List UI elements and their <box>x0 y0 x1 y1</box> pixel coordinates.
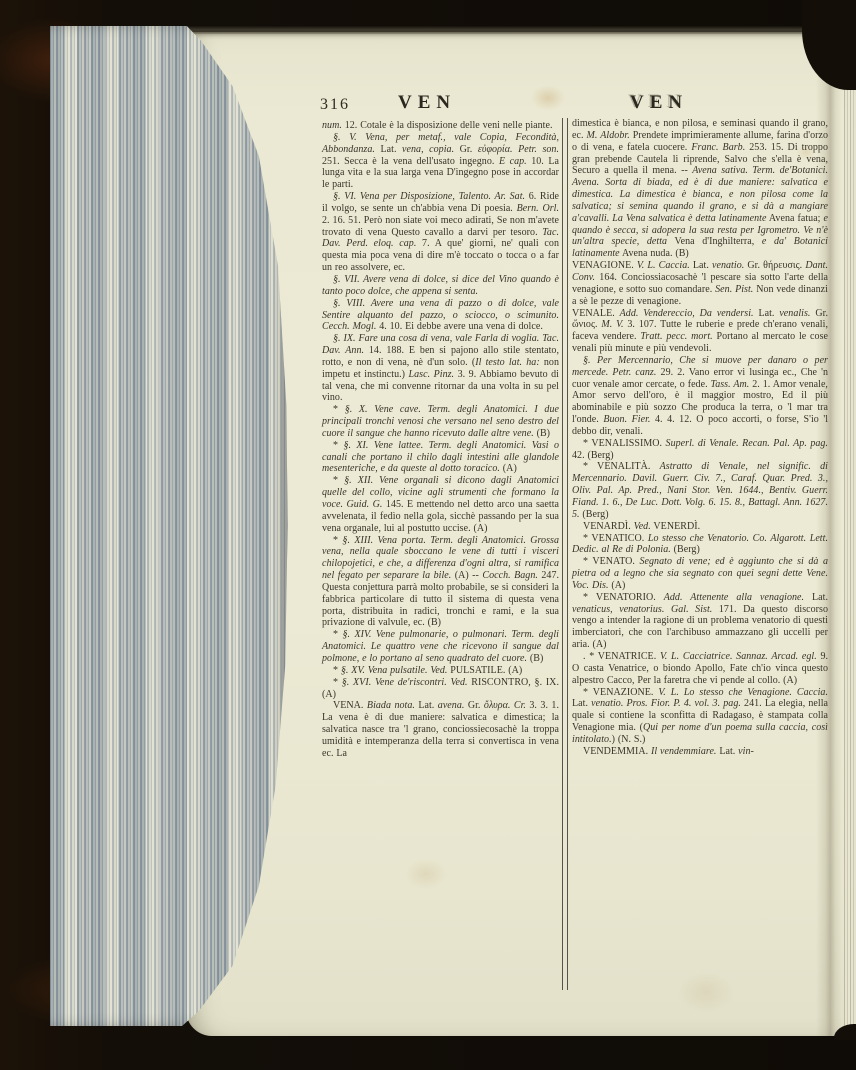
plain-text: * <box>333 677 342 688</box>
dictionary-paragraph: * §. XIV. Vene pulmonarie, o pulmonari. … <box>322 629 559 665</box>
dictionary-paragraph: VENA. Biada nota. Lat. avena. Gr. ὄλυρα.… <box>322 700 559 759</box>
italic-text: Cecch. Mogl. <box>322 321 376 332</box>
italic-text: §. XVI. Vene de'riscontri. Ved. <box>342 677 468 688</box>
plain-text: * VENALISSIMO. <box>583 438 666 449</box>
dictionary-paragraph: . * VENATRICE. V. L. Cacciatrice. Sannaz… <box>572 651 828 687</box>
dictionary-paragraph: * §. XI. Vene lattee. Term. degli Anatom… <box>322 440 559 476</box>
plain-text: (A) -- <box>451 570 482 581</box>
dictionary-paragraph: dimestica è bianca, e non pilosa, e semi… <box>572 118 828 260</box>
italic-text: venalis. <box>779 308 810 319</box>
italic-text: Ved. <box>634 521 651 532</box>
plain-text: Gr. <box>464 700 484 711</box>
plain-text: (A) <box>500 463 517 474</box>
plain-text: * <box>333 535 342 546</box>
right-page-edges <box>844 86 856 1030</box>
plain-text: VENA. <box>333 700 367 711</box>
plain-text: Lat. <box>690 260 712 271</box>
italic-text: §. XIV. Vene pulmonarie, o pulmonari. Te… <box>322 629 559 664</box>
dictionary-paragraph: VENAGIONE. V. L. Caccia. Lat. venatio. G… <box>572 260 828 307</box>
italic-text: Tratt. pecc. mort. <box>640 331 712 342</box>
left-page-edges-fan <box>50 26 290 1026</box>
plain-text: VENERDÌ. <box>651 521 700 532</box>
italic-text: Tass. Am. <box>711 379 750 390</box>
plain-text: * <box>333 404 345 415</box>
plain-text: Gr. θήρευσις. <box>744 260 805 271</box>
italic-text: num. <box>322 120 342 131</box>
plain-text: * <box>333 629 343 640</box>
plain-text: * VENALITÀ. <box>583 461 660 472</box>
italic-text: Il vendemmiare. <box>651 746 717 757</box>
italic-text: §. VI. Vena per Disposizione, Talento. A… <box>333 191 525 202</box>
plain-text: VENARDÌ. <box>583 521 634 532</box>
dictionary-paragraph: * §. X. Vene cave. Term. degli Anatomici… <box>322 404 559 440</box>
dictionary-paragraph: §. VI. Vena per Disposizione, Talento. A… <box>322 191 559 274</box>
italic-text: Buon. Fier. <box>603 414 650 425</box>
italic-text: vena, copia. <box>402 144 454 155</box>
dictionary-paragraph: * VENALISSIMO. Superl. di Venale. Recan.… <box>572 438 828 462</box>
dictionary-paragraph: VENDEMMIA. Il vendemmiare. Lat. vin- <box>572 746 828 758</box>
italic-text: ὄλυρα. Cr. <box>484 700 526 711</box>
dictionary-paragraph: §. VII. Avere vena di dolce, si dice del… <box>322 274 559 298</box>
page-number: 316 <box>320 96 350 114</box>
italic-text: Superl. di Venale. Recan. Pal. Ap. pag. <box>666 438 828 449</box>
plain-text: Lat. <box>754 308 780 319</box>
plain-text: 2. 16. 51. Però non siate voi meco adira… <box>322 215 559 238</box>
italic-text: Lasc. Pinz. <box>409 369 455 380</box>
plain-text: (Berg) <box>580 509 609 520</box>
plain-text: . * VENATRICE. <box>583 651 660 662</box>
plain-text: Gr. <box>454 144 478 155</box>
dictionary-paragraph: * VENAZIONE. V. L. Lo stesso che Venagio… <box>572 687 828 746</box>
italic-text: εὐφορία. Petr. son. <box>478 144 559 155</box>
italic-text: venatio. Pros. Fior. P. 4. vol. 3. pag. <box>591 698 741 709</box>
plain-text: * <box>333 665 341 676</box>
italic-text: §. XI. Vene lattee. Term. degli Anatomic… <box>322 440 559 475</box>
italic-text: Add. Attenente alla venagione. <box>664 592 804 603</box>
dictionary-paragraph: * §. XVI. Vene de'riscontri. Ved. RISCON… <box>322 677 559 701</box>
plain-text: (Berg) <box>671 544 700 555</box>
italic-text: Add. Vendereccio, Da vendersi. <box>620 308 754 319</box>
column-left: num. 12. Cotale è la disposizione delle … <box>322 120 559 760</box>
dictionary-paragraph: §. IX. Fare una cosa di vena, vale Farla… <box>322 333 559 404</box>
italic-text: Il testo lat. ha: <box>475 357 539 368</box>
italic-text: venatio. <box>712 260 744 271</box>
italic-text: M. Aldobr. <box>587 130 630 141</box>
dictionary-paragraph: * VENATICO. Lo stesso che Venatorio. Co.… <box>572 533 828 557</box>
plain-text: Lat. <box>716 746 738 757</box>
italic-text: Sen. Pist. <box>715 284 753 295</box>
dictionary-paragraph: §. VIII. Avere una vena di pazzo o di do… <box>322 298 559 334</box>
plain-text: Lat. <box>804 592 828 603</box>
italic-text: Bern. Orl. <box>517 203 559 214</box>
italic-text: §. X. Vene cave. Term. degli Anatomici. … <box>322 404 559 439</box>
plain-text: VENALE. <box>572 308 620 319</box>
dictionary-paragraph: §. Per Mercennario, Che si muove per dan… <box>572 355 828 438</box>
running-head-right: VEN <box>630 92 688 114</box>
italic-text: V. L. Cacciatrice. Sannaz. Arcad. egl. <box>660 651 817 662</box>
plain-text: 251. Secca è la vena dell'usato ingegno. <box>322 156 499 167</box>
dictionary-paragraph: VENARDÌ. Ved. VENERDÌ. <box>572 521 828 533</box>
dictionary-paragraph: VENALE. Add. Vendereccio, Da vendersi. L… <box>572 308 828 355</box>
plain-text: VENAGIONE. <box>572 260 637 271</box>
plain-text: 42. (Berg) <box>572 450 614 461</box>
dictionary-paragraph: * VENATO. Segnato di vene; ed è aggiunto… <box>572 556 828 592</box>
running-head-left: VEN <box>398 92 456 114</box>
plain-text: Lat. <box>375 144 402 155</box>
italic-text: §. VII. Avere vena di dolce, si dice del… <box>322 274 559 297</box>
italic-text: Biada nota. <box>367 700 415 711</box>
italic-text: avena. <box>438 700 465 711</box>
plain-text: Avena fatua; <box>766 213 823 224</box>
italic-text: Cocch. Bagn. <box>482 570 538 581</box>
plain-text: Avena nuda. (B) <box>620 248 689 259</box>
italic-text: vin- <box>738 746 754 757</box>
italic-text: venaticus, venatorius. Gal. Sist. <box>572 604 712 615</box>
plain-text: (B) <box>527 653 543 664</box>
page-top-edge-shadow <box>186 26 856 34</box>
plain-text: Lat. <box>415 700 438 711</box>
italic-text: V. L. Lo stesso che Venagione. Caccia. <box>658 687 828 698</box>
plain-text: 4. 10. Ei debbe avere una vena di dolce. <box>376 321 543 332</box>
dictionary-paragraph: * §. XII. Vene organali si dicono dagli … <box>322 475 559 534</box>
dictionary-paragraph: num. 12. Cotale è la disposizione delle … <box>322 120 559 132</box>
column-divider-rule <box>562 118 568 990</box>
plain-text: * <box>333 440 343 451</box>
plain-text: Vena d'Inghilterra, <box>667 236 762 247</box>
plain-text: * VENATO. <box>583 556 639 567</box>
dictionary-paragraph: * §. XIII. Vena porta. Term. degli Anato… <box>322 535 559 630</box>
italic-text: Franc. Barb. <box>691 142 745 153</box>
dictionary-paragraph: * VENATORIO. Add. Attenente alla venagio… <box>572 592 828 651</box>
plain-text: 12. Cotale è la disposizione delle veni … <box>342 120 553 131</box>
plain-text: VENDEMMIA. <box>583 746 651 757</box>
dictionary-paragraph: §. V. Vena, per metaf., vale Copia, Feco… <box>322 132 559 191</box>
plain-text: * VENATICO. <box>583 533 648 544</box>
plain-text: ) (N. S.) <box>612 734 646 745</box>
italic-text: §. VIII. Avere una vena di pazzo o di do… <box>322 298 559 321</box>
plain-text: (A) <box>609 580 626 591</box>
plain-text: * VENAZIONE. <box>583 687 658 698</box>
plain-text: * VENATORIO. <box>583 592 664 603</box>
column-right: dimestica è bianca, e non pilosa, e semi… <box>572 118 828 758</box>
italic-text: V. L. Caccia. <box>637 260 690 271</box>
italic-text: §. XV. Vena pulsatile. Ved. <box>341 665 448 676</box>
dictionary-paragraph: * §. XV. Vena pulsatile. Ved. PULSATILE.… <box>322 665 559 677</box>
dictionary-paragraph: * VENALITÀ. Astratto di Venale, nel sign… <box>572 461 828 520</box>
plain-text: (B) <box>534 428 550 439</box>
plain-text: * <box>333 475 344 486</box>
italic-text: E cap. <box>499 156 527 167</box>
plain-text: PULSATILE. (A) <box>447 665 522 676</box>
plain-text: Lat. <box>572 698 591 709</box>
italic-text: M. V. <box>601 319 623 330</box>
